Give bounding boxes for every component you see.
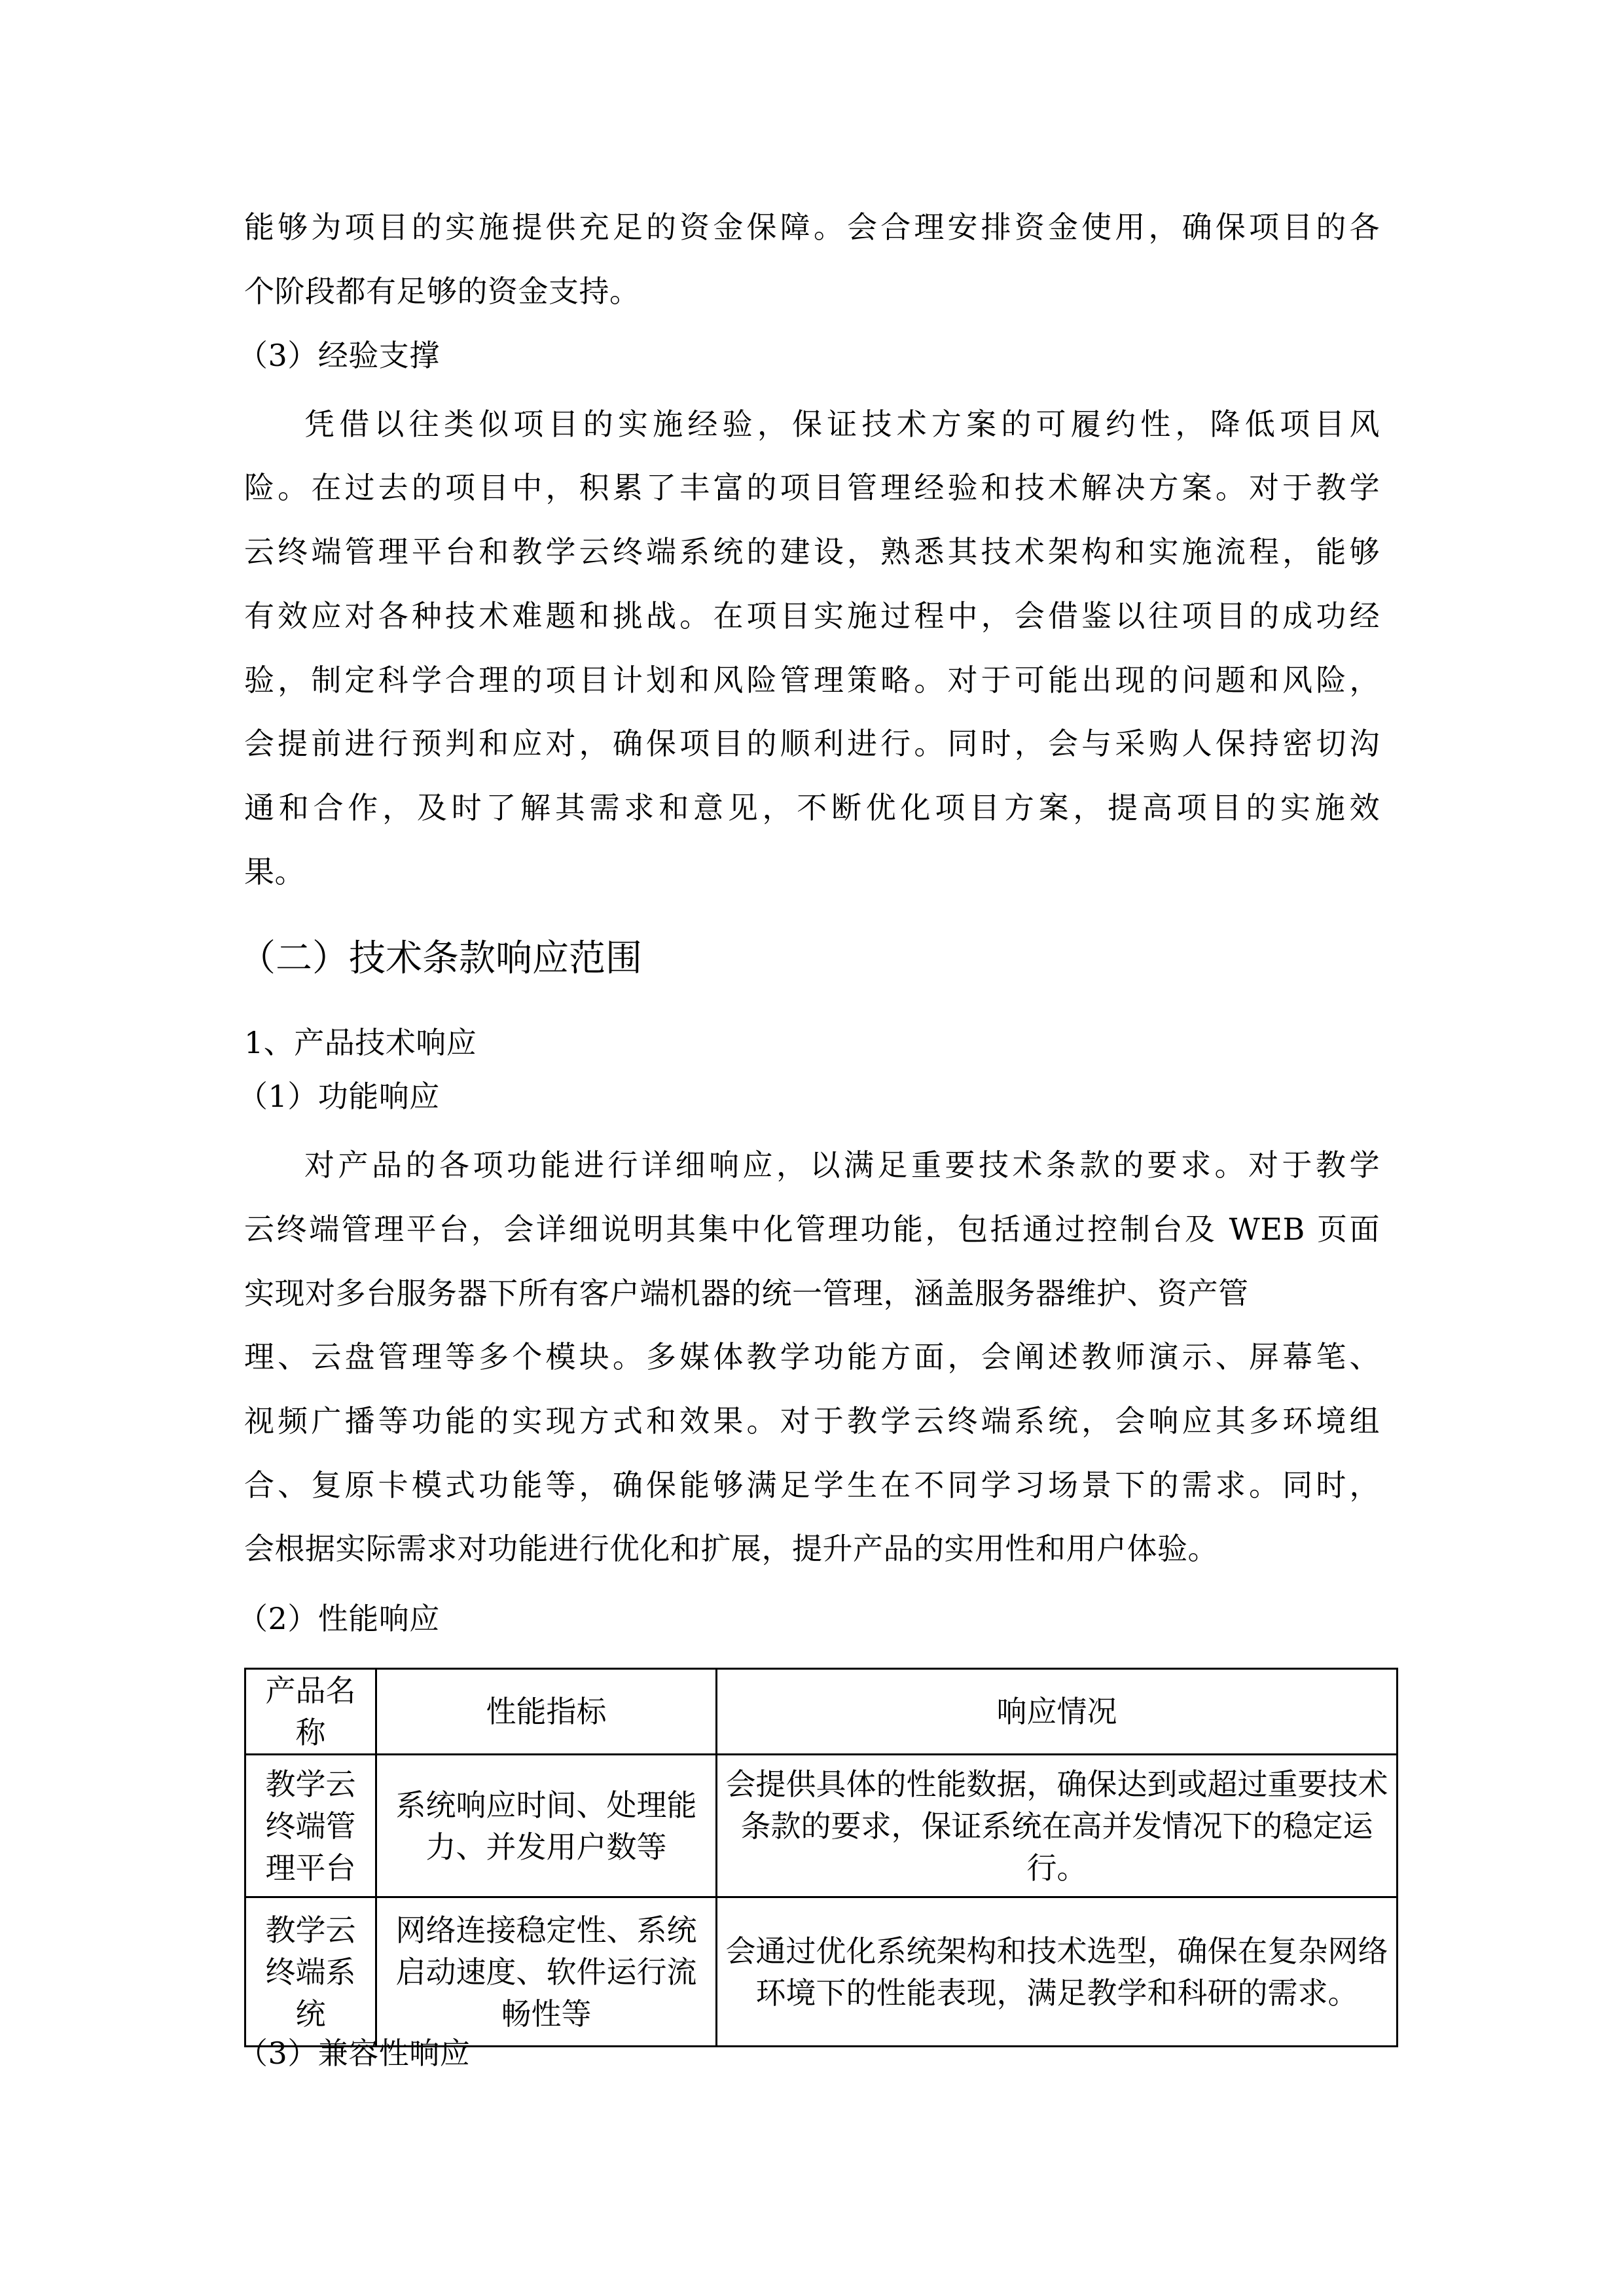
header-response-status: 响应情况 [717,1669,1398,1755]
cell-response: 会提供具体的性能数据，确保达到或超过重要技术条款的要求，保证系统在高并发情况下的… [717,1755,1398,1897]
paragraph-line: 对产品的各项功能进行详细响应，以满足重要技术条款的要求。对于教学 [244,1145,1380,1185]
paragraph-line: 能够为项目的实施提供充足的资金保障。会合理安排资金使用，确保项目的各 [244,207,1380,247]
paragraph-line: 云终端管理平台，会详细说明其集中化管理功能，包括通过控制台及 WEB 页面 [244,1210,1380,1249]
header-performance-metric: 性能指标 [376,1669,717,1755]
performance-table-wrapper: 产品名称 性能指标 响应情况 教学云终端管理平台 系统响应时间、处理能力、并发用… [244,1668,1396,2047]
table-header-row: 产品名称 性能指标 响应情况 [245,1669,1398,1755]
paragraph-line: 通和合作，及时了解其需求和意见，不断优化项目方案，提高项目的实施效 [244,788,1380,827]
paragraph-line: 个阶段都有足够的资金支持。 [244,272,640,311]
table-row: 教学云终端管理平台 系统响应时间、处理能力、并发用户数等 会提供具体的性能数据，… [245,1755,1398,1897]
section-heading-technical-clauses: （二）技术条款响应范围 [239,936,642,982]
subheading-experience-support: （3）经验支撑 [238,336,440,375]
cell-product: 教学云终端管理平台 [245,1755,376,1897]
paragraph-line: 会提前进行预判和应对，确保项目的顺利进行。同时，会与采购人保持密切沟 [244,724,1380,763]
paragraph-line: 视频广播等功能的实现方式和效果。对于教学云终端系统，会响应其多环境组 [244,1401,1380,1441]
paragraph-line: 合、复原卡模式功能等，确保能够满足学生在不同学习场景下的需求。同时， [244,1465,1380,1505]
paragraph-line: 凭借以往类似项目的实施经验，保证技术方案的可履约性，降低项目风 [244,404,1380,444]
paragraph-line: 理、云盘管理等多个模块。多媒体教学功能方面，会阐述教师演示、屏幕笔、 [244,1337,1380,1376]
paragraph-line: 实现对多台服务器下所有客户端机器的统一管理，涵盖服务器维护、资产管 [244,1274,1249,1313]
subheading-performance-response: （2）性能响应 [238,1599,440,1638]
cell-product: 教学云终端系统 [245,1897,376,2047]
cell-metric: 网络连接稳定性、系统启动速度、软件运行流畅性等 [376,1897,717,2047]
cell-response: 会通过优化系统架构和技术选型，确保在复杂网络环境下的性能表现，满足教学和科研的需… [717,1897,1398,2047]
paragraph-line: 验，制定科学合理的项目计划和风险管理策略。对于可能出现的问题和风险， [244,660,1380,700]
subheading-function-response: （1）功能响应 [238,1077,440,1116]
subheading-compatibility-response: （3）兼容性响应 [238,2034,470,2073]
paragraph-line: 有效应对各种技术难题和挑战。在项目实施过程中，会借鉴以往项目的成功经 [244,596,1380,636]
paragraph-line: 云终端管理平台和教学云终端系统的建设，熟悉其技术架构和实施流程，能够 [244,532,1380,571]
paragraph-line: 果。 [244,852,305,891]
subheading-product-tech-response: 1、产品技术响应 [244,1023,477,1062]
cell-metric: 系统响应时间、处理能力、并发用户数等 [376,1755,717,1897]
header-product-name: 产品名称 [245,1669,376,1755]
paragraph-line: 险。在过去的项目中，积累了丰富的项目管理经验和技术解决方案。对于教学 [244,468,1380,507]
table-row: 教学云终端系统 网络连接稳定性、系统启动速度、软件运行流畅性等 会通过优化系统架… [245,1897,1398,2047]
paragraph-line: 会根据实际需求对功能进行优化和扩展，提升产品的实用性和用户体验。 [244,1529,1218,1568]
performance-table: 产品名称 性能指标 响应情况 教学云终端管理平台 系统响应时间、处理能力、并发用… [244,1668,1398,2047]
